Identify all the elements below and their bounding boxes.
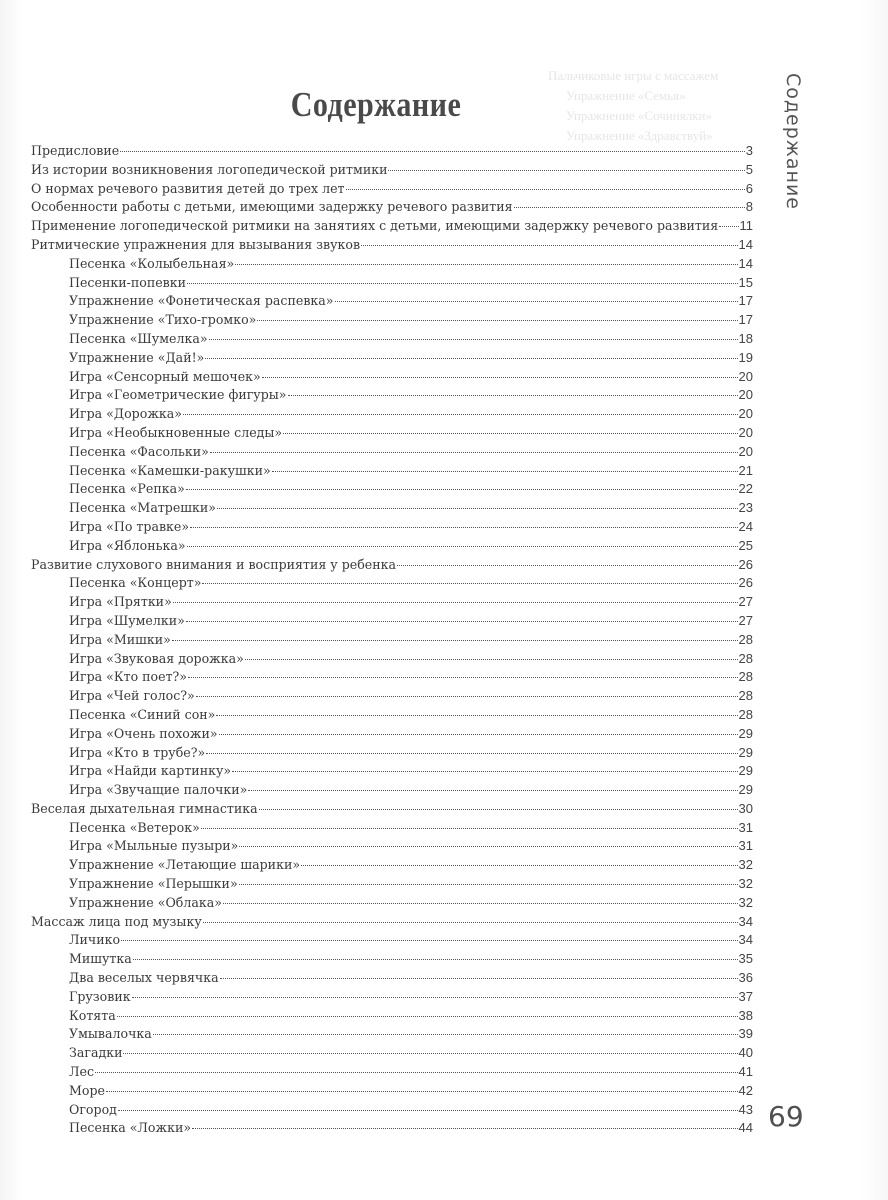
- toc-entry-page: 30: [739, 800, 753, 819]
- toc-entry-page: 34: [739, 931, 753, 950]
- dot-leader: [118, 1110, 738, 1111]
- toc-subsection: Упражнение «Летающие шарики»32: [31, 856, 753, 875]
- toc-entry-title: Песенки-попевки: [69, 274, 186, 293]
- dot-leader: [190, 527, 737, 528]
- toc-section: О нормах речевого развития детей до трех…: [31, 180, 753, 199]
- toc-entry-page: 29: [739, 725, 753, 744]
- toc-entry-title: Игра «Найди картинку»: [69, 762, 231, 781]
- toc-entry-page: 38: [739, 1007, 753, 1026]
- toc-subsection: Игра «Звуковая дорожка»28: [31, 650, 753, 669]
- toc-subsection: Игра «Сенсорный мешочек»20: [31, 368, 753, 387]
- toc-entry-title: Лес: [69, 1063, 94, 1082]
- toc-entry-title: Игра «Яблонька»: [69, 537, 186, 556]
- toc-entry-title: Игра «Звуковая дорожка»: [69, 650, 244, 669]
- toc-entry-title: Игра «Прятки»: [69, 593, 172, 612]
- toc-subsection: Песенка «Ложки»44: [31, 1119, 753, 1138]
- toc-entry-page: 26: [739, 574, 753, 593]
- toc-entry-page: 17: [739, 292, 753, 311]
- toc-entry-page: 23: [739, 499, 753, 518]
- dot-leader: [209, 339, 738, 340]
- dot-leader: [272, 471, 738, 472]
- toc-entry-title: Игра «Сенсорный мешочек»: [69, 368, 261, 387]
- toc-section: Особенности работы с детьми, имеющими за…: [31, 198, 753, 217]
- toc-subsection: Песенка «Камешки-ракушки»21: [31, 462, 753, 481]
- toc-entry-title: Личико: [69, 931, 120, 950]
- toc-entry-title: Игра «Необыкновенные следы»: [69, 424, 282, 443]
- toc-subsection: Упражнение «Облака»32: [31, 894, 753, 913]
- toc-entry-page: 27: [739, 612, 753, 631]
- toc-entry-title: Мишутка: [69, 950, 132, 969]
- dot-leader: [514, 207, 745, 208]
- toc-entry-page: 6: [746, 180, 753, 199]
- dot-leader: [106, 1091, 738, 1092]
- toc-entry-title: Упражнение «Фонетическая распевка»: [69, 292, 334, 311]
- dot-leader: [153, 1034, 738, 1035]
- toc-entry-title: Игра «Кто в трубе?»: [69, 744, 205, 763]
- toc-entry-page: 14: [739, 236, 753, 255]
- dot-leader: [346, 189, 745, 190]
- dot-leader: [187, 283, 737, 284]
- toc-subsection: Игра «Необыкновенные следы»20: [31, 424, 753, 443]
- toc-entry-title: О нормах речевого развития детей до трех…: [31, 180, 345, 199]
- toc-subsection: Загадки40: [31, 1044, 753, 1063]
- toc-subsection: Упражнение «Дай!»19: [31, 349, 753, 368]
- toc-entry-page: 43: [739, 1101, 753, 1120]
- dot-leader: [257, 320, 737, 321]
- running-head: Содержание: [782, 73, 804, 210]
- toc-section: Веселая дыхательная гимнастика30: [31, 800, 753, 819]
- toc-entry-page: 28: [739, 668, 753, 687]
- toc-entry-page: 22: [739, 480, 753, 499]
- toc-entry-title: Массаж лица под музыку: [31, 913, 202, 932]
- toc-entry-title: Упражнение «Дай!»: [69, 349, 204, 368]
- toc-entry-page: 42: [739, 1082, 753, 1101]
- toc-entry-title: Игра «По травке»: [69, 518, 189, 537]
- toc-entry-title: Игра «Чей голос?»: [69, 687, 195, 706]
- dot-leader: [223, 903, 738, 904]
- toc-subsection: Песенка «Ветерок»31: [31, 819, 753, 838]
- dot-leader: [188, 677, 738, 678]
- dot-leader: [301, 865, 737, 866]
- dot-leader: [219, 734, 738, 735]
- toc-entry-page: 40: [739, 1044, 753, 1063]
- toc-entry-title: Два веселых червячка: [69, 969, 219, 988]
- toc-subsection: Игра «Мыльные пузыри»31: [31, 837, 753, 856]
- toc-entry-page: 17: [739, 311, 753, 330]
- toc-subsection: Котята38: [31, 1007, 753, 1026]
- toc-entry-title: Песенка «Репка»: [69, 480, 185, 499]
- toc-entry-title: Игра «Кто поет?»: [69, 668, 187, 687]
- dot-leader: [262, 377, 738, 378]
- dot-leader: [335, 301, 738, 302]
- dot-leader: [172, 640, 738, 641]
- toc-entry-page: 32: [739, 894, 753, 913]
- toc-section: Массаж лица под музыку34: [31, 913, 753, 932]
- toc-entry-title: Веселая дыхательная гимнастика: [31, 800, 258, 819]
- toc-entry-page: 28: [739, 631, 753, 650]
- toc-entry-title: Огород: [69, 1101, 117, 1120]
- toc-entry-page: 29: [739, 744, 753, 763]
- toc-entry-title: Песенка «Ложки»: [69, 1119, 191, 1138]
- toc-subsection: Песенка «Репка»22: [31, 480, 753, 499]
- toc-entry-title: Ритмические упражнения для вызывания зву…: [31, 236, 360, 255]
- toc-subsection: Игра «Звучащие палочки»29: [31, 781, 753, 800]
- toc-subsection: Игра «Кто поет?»28: [31, 668, 753, 687]
- toc-subsection: Умывалочка39: [31, 1025, 753, 1044]
- toc-entry-page: 36: [739, 969, 753, 988]
- toc-entry-title: Игра «Звучащие палочки»: [69, 781, 247, 800]
- toc-entry-page: 28: [739, 687, 753, 706]
- dot-leader: [192, 1128, 737, 1129]
- toc-entry-title: Грузовик: [69, 988, 131, 1007]
- toc-entry-page: 44: [739, 1119, 753, 1138]
- toc-entry-title: Игра «Шумелки»: [69, 612, 185, 631]
- dot-leader: [186, 489, 738, 490]
- toc-entry-page: 26: [739, 556, 753, 575]
- toc-entry-title: Песенка «Ветерок»: [69, 819, 200, 838]
- toc-entry-page: 21: [739, 462, 753, 481]
- show-through-line: Пальчиковые игры с массажем: [548, 66, 758, 86]
- toc-section: Ритмические упражнения для вызывания зву…: [31, 236, 753, 255]
- toc-subsection: Грузовик37: [31, 988, 753, 1007]
- toc-subsection: Море42: [31, 1082, 753, 1101]
- dot-leader: [202, 583, 737, 584]
- toc-subsection: Огород43: [31, 1101, 753, 1120]
- toc-subsection: Мишутка35: [31, 950, 753, 969]
- toc-subsection: Песенки-попевки15: [31, 274, 753, 293]
- toc-section: Развитие слухового внимания и восприятия…: [31, 556, 753, 575]
- dot-leader: [259, 809, 738, 810]
- toc-entry-page: 27: [739, 593, 753, 612]
- toc-subsection: Песенка «Фасольки»20: [31, 443, 753, 462]
- toc-subsection: Упражнение «Перышки»32: [31, 875, 753, 894]
- toc-section: Предисловие3: [31, 142, 753, 161]
- toc-entry-title: Умывалочка: [69, 1025, 152, 1044]
- toc-entry-page: 32: [739, 875, 753, 894]
- toc-entry-page: 39: [739, 1025, 753, 1044]
- toc-section: Из истории возникновения логопедической …: [31, 161, 753, 180]
- dot-leader: [186, 621, 738, 622]
- dot-leader: [132, 997, 738, 998]
- toc-subsection: Личико34: [31, 931, 753, 950]
- dot-leader: [196, 696, 738, 697]
- dot-leader: [232, 771, 737, 772]
- toc-subsection: Игра «Найди картинку»29: [31, 762, 753, 781]
- dot-leader: [397, 565, 737, 566]
- dot-leader: [388, 170, 744, 171]
- toc-entry-title: Упражнение «Летающие шарики»: [69, 856, 300, 875]
- toc-entry-page: 25: [739, 537, 753, 556]
- toc-subsection: Игра «Шумелки»27: [31, 612, 753, 631]
- dot-leader: [133, 959, 738, 960]
- dot-leader: [123, 1053, 737, 1054]
- dot-leader: [210, 452, 738, 453]
- dot-leader: [288, 395, 738, 396]
- toc-entry-page: 8: [746, 198, 753, 217]
- toc-subsection: Песенка «Синий сон»28: [31, 706, 753, 725]
- dot-leader: [361, 245, 737, 246]
- dot-leader: [173, 602, 738, 603]
- toc-entry-title: Игра «Мишки»: [69, 631, 171, 650]
- toc-entry-page: 15: [739, 274, 753, 293]
- dot-leader: [117, 1016, 738, 1017]
- toc-entry-page: 35: [739, 950, 753, 969]
- toc-entry-title: Песенка «Шумелка»: [69, 330, 208, 349]
- page-title: Содержание: [53, 85, 700, 125]
- toc-subsection: Игра «Кто в трубе?»29: [31, 744, 753, 763]
- toc-entry-title: Упражнение «Облака»: [69, 894, 222, 913]
- toc-entry-title: Песенка «Фасольки»: [69, 443, 209, 462]
- toc-entry-page: 5: [746, 161, 753, 180]
- toc-entry-page: 37: [739, 988, 753, 1007]
- toc-entry-page: 31: [739, 819, 753, 838]
- page-number: 69: [768, 1100, 804, 1133]
- dot-leader: [216, 715, 737, 716]
- book-page: Пальчиковые игры с массажем Упражнение «…: [0, 0, 888, 1200]
- dot-leader: [121, 940, 737, 941]
- dot-leader: [239, 884, 738, 885]
- toc-entry-page: 24: [739, 518, 753, 537]
- toc-subsection: Упражнение «Фонетическая распевка»17: [31, 292, 753, 311]
- toc-entry-page: 18: [739, 330, 753, 349]
- toc-entry-page: 29: [739, 762, 753, 781]
- toc-subsection: Игра «По травке»24: [31, 518, 753, 537]
- toc-entry-page: 20: [739, 424, 753, 443]
- toc-entry-page: 28: [739, 706, 753, 725]
- toc-entry-page: 3: [746, 142, 753, 161]
- dot-leader: [95, 1072, 738, 1073]
- table-of-contents: Предисловие3Из истории возникновения лог…: [31, 142, 753, 1138]
- toc-subsection: Игра «Дорожка»20: [31, 405, 753, 424]
- toc-subsection: Два веселых червячка36: [31, 969, 753, 988]
- dot-leader: [719, 226, 738, 227]
- toc-subsection: Упражнение «Тихо-громко»17: [31, 311, 753, 330]
- toc-entry-title: Игра «Очень похожи»: [69, 725, 218, 744]
- toc-entry-page: 29: [739, 781, 753, 800]
- dot-leader: [203, 922, 738, 923]
- toc-entry-title: Песенка «Колыбельная»: [69, 255, 234, 274]
- dot-leader: [206, 753, 737, 754]
- dot-leader: [245, 659, 738, 660]
- toc-entry-title: Упражнение «Тихо-громко»: [69, 311, 256, 330]
- toc-subsection: Игра «Чей голос?»28: [31, 687, 753, 706]
- toc-entry-page: 34: [739, 913, 753, 932]
- toc-subsection: Игра «Геометрические фигуры»20: [31, 386, 753, 405]
- toc-entry-title: Загадки: [69, 1044, 122, 1063]
- toc-entry-title: Игра «Геометрические фигуры»: [69, 386, 287, 405]
- toc-entry-title: Особенности работы с детьми, имеющими за…: [31, 198, 513, 217]
- toc-subsection: Игра «Яблонька»25: [31, 537, 753, 556]
- toc-subsection: Игра «Очень похожи»29: [31, 725, 753, 744]
- toc-entry-title: Море: [69, 1082, 105, 1101]
- toc-entry-page: 11: [740, 217, 754, 236]
- toc-entry-page: 19: [739, 349, 753, 368]
- dot-leader: [217, 508, 738, 509]
- toc-entry-title: Игра «Дорожка»: [69, 405, 182, 424]
- toc-entry-page: 20: [739, 405, 753, 424]
- toc-entry-title: Игра «Мыльные пузыри»: [69, 837, 238, 856]
- toc-subsection: Песенка «Матрешки»23: [31, 499, 753, 518]
- toc-entry-page: 20: [739, 386, 753, 405]
- dot-leader: [235, 264, 737, 265]
- toc-entry-title: Из истории возникновения логопедической …: [31, 161, 387, 180]
- toc-entry-title: Песенка «Камешки-ракушки»: [69, 462, 271, 481]
- dot-leader: [220, 978, 738, 979]
- dot-leader: [183, 414, 738, 415]
- toc-section: Применение логопедической ритмики на зан…: [31, 217, 753, 236]
- dot-leader: [239, 846, 737, 847]
- toc-entry-title: Котята: [69, 1007, 116, 1026]
- toc-subsection: Игра «Мишки»28: [31, 631, 753, 650]
- dot-leader: [248, 790, 737, 791]
- toc-entry-page: 32: [739, 856, 753, 875]
- toc-entry-page: 41: [739, 1063, 753, 1082]
- toc-entry-title: Песенка «Матрешки»: [69, 499, 216, 518]
- toc-subsection: Песенка «Колыбельная»14: [31, 255, 753, 274]
- toc-subsection: Лес41: [31, 1063, 753, 1082]
- toc-subsection: Песенка «Шумелка»18: [31, 330, 753, 349]
- toc-entry-title: Применение логопедической ритмики на зан…: [31, 217, 718, 236]
- toc-entry-title: Развитие слухового внимания и восприятия…: [31, 556, 396, 575]
- toc-entry-page: 20: [739, 368, 753, 387]
- toc-entry-title: Упражнение «Перышки»: [69, 875, 238, 894]
- toc-entry-title: Предисловие: [31, 142, 119, 161]
- toc-entry-title: Песенка «Концерт»: [69, 574, 201, 593]
- toc-entry-page: 14: [739, 255, 753, 274]
- dot-leader: [201, 828, 738, 829]
- toc-entry-page: 28: [739, 650, 753, 669]
- toc-subsection: Песенка «Концерт»26: [31, 574, 753, 593]
- toc-entry-page: 20: [739, 443, 753, 462]
- toc-entry-title: Песенка «Синий сон»: [69, 706, 215, 725]
- dot-leader: [120, 151, 745, 152]
- dot-leader: [205, 358, 737, 359]
- dot-leader: [187, 546, 738, 547]
- toc-entry-page: 31: [739, 837, 753, 856]
- dot-leader: [283, 433, 737, 434]
- toc-subsection: Игра «Прятки»27: [31, 593, 753, 612]
